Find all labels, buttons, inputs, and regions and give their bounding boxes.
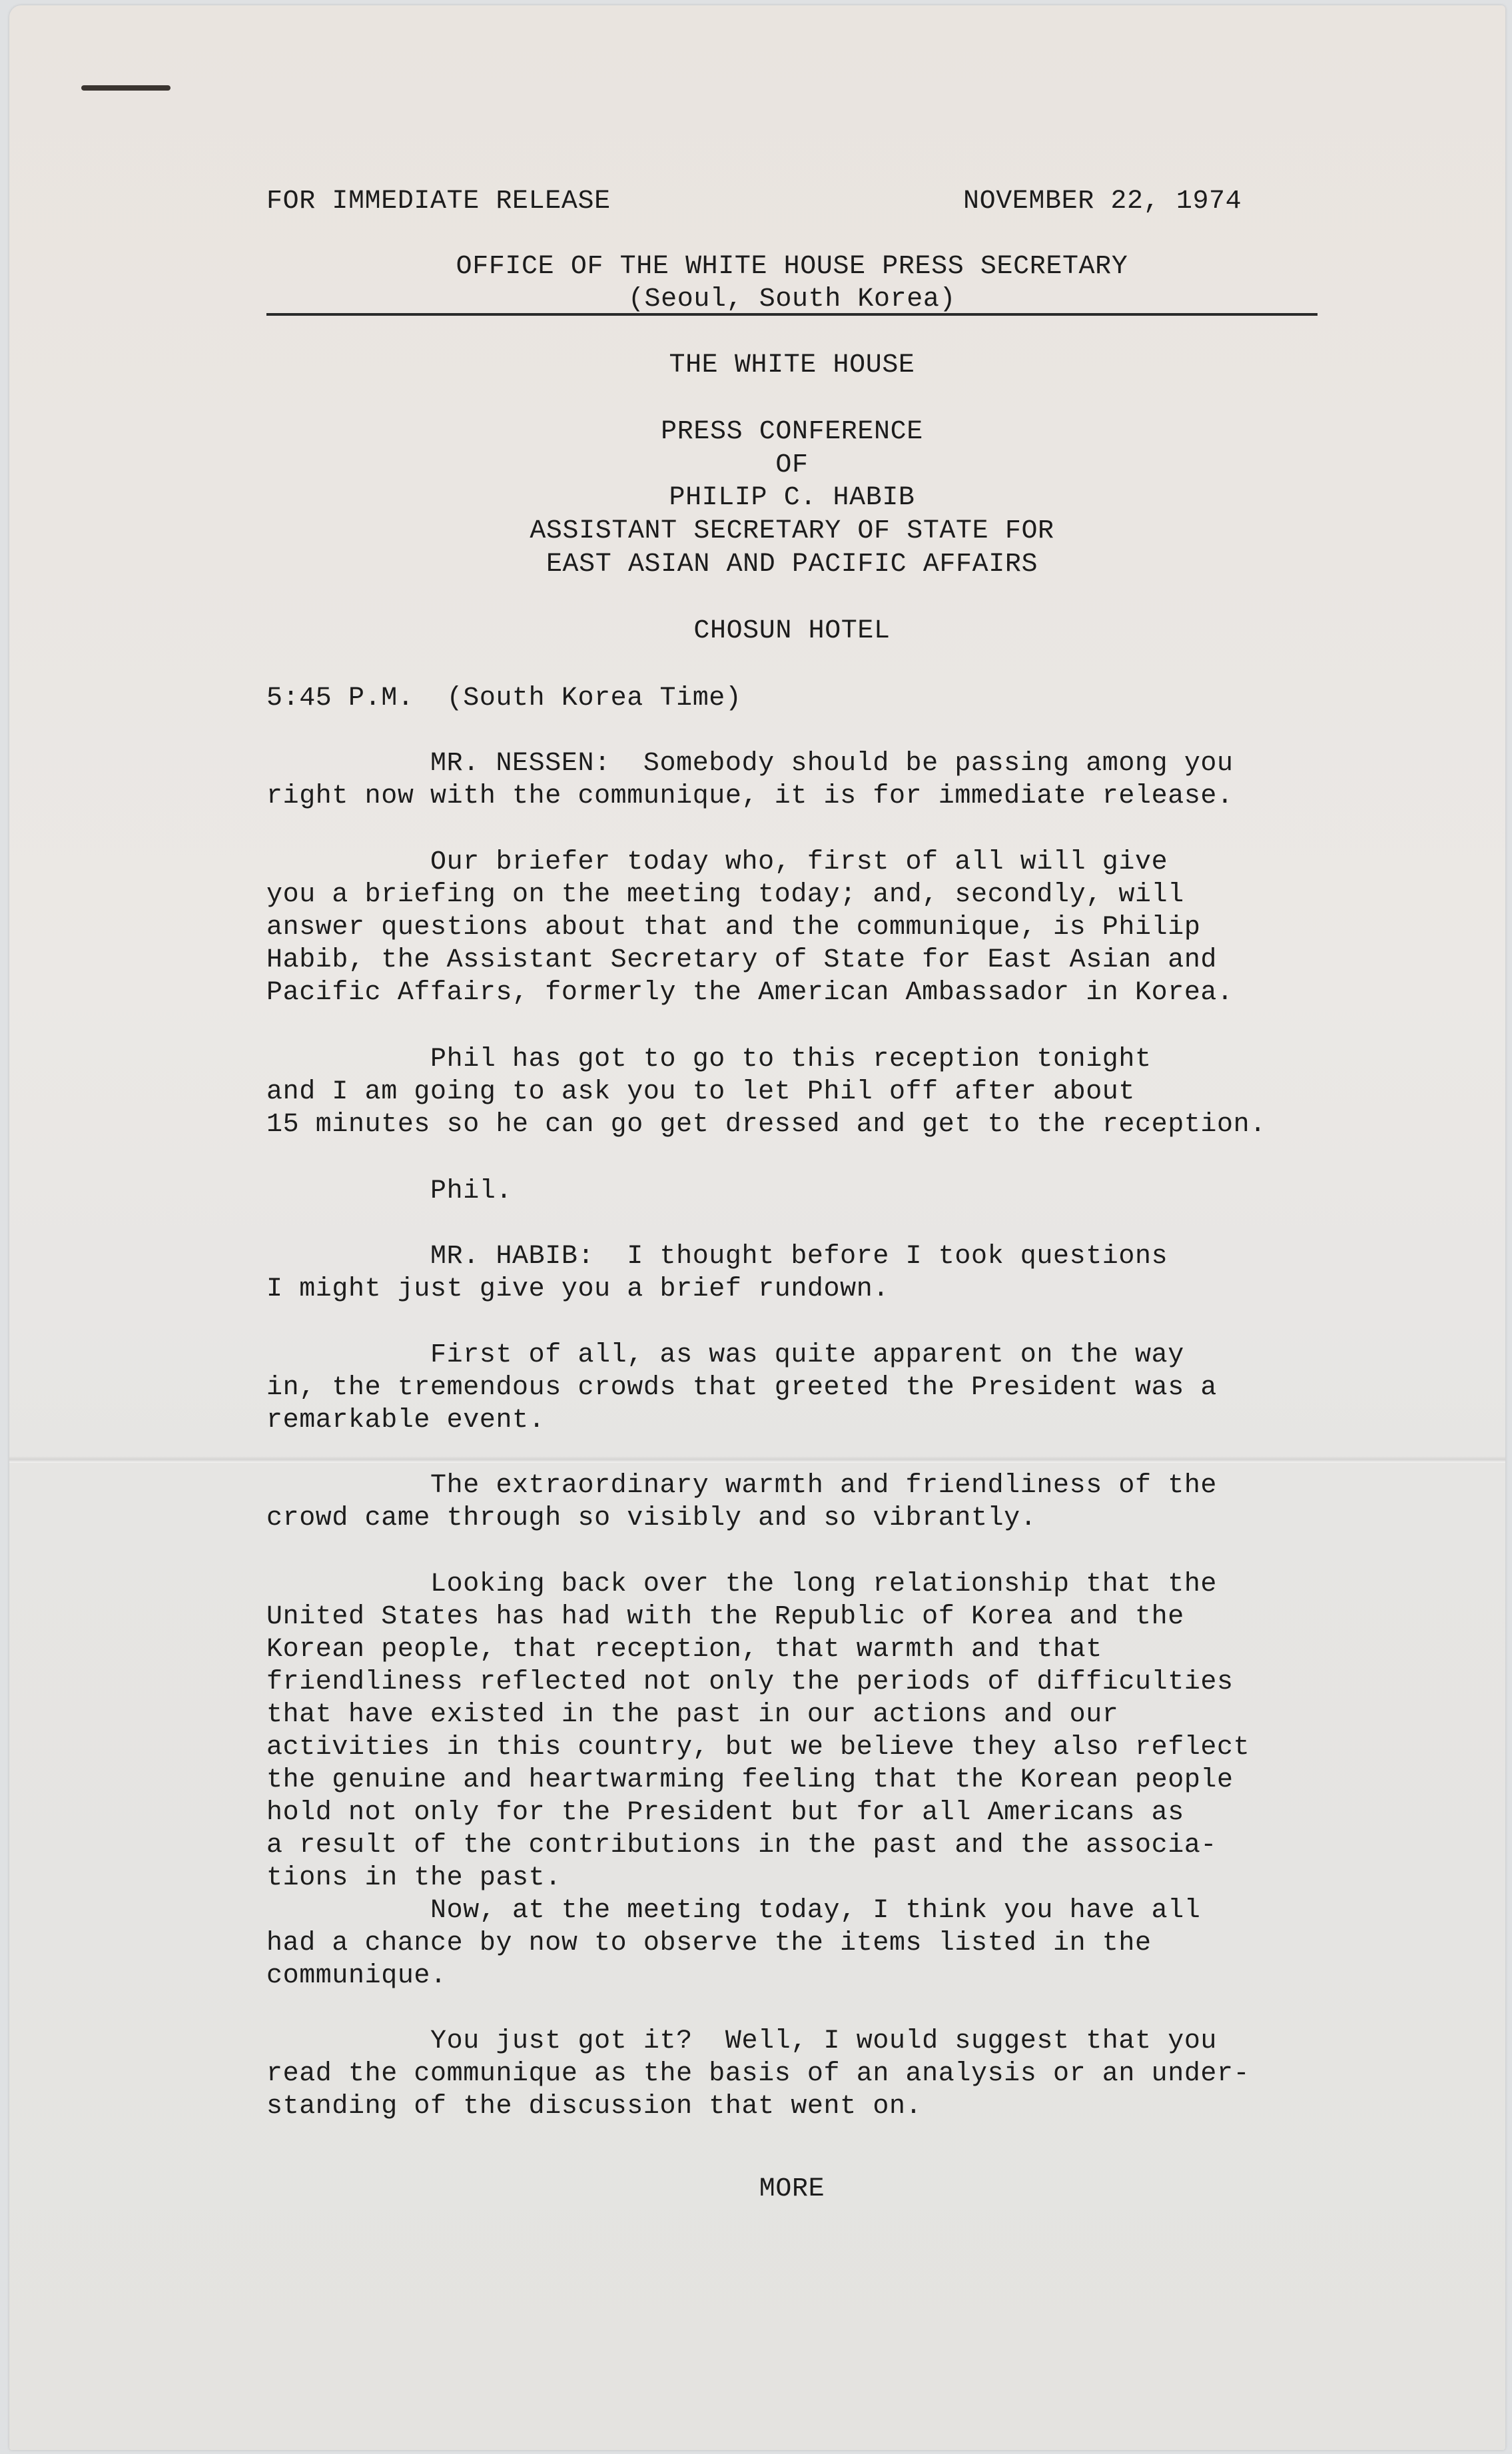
- paragraph-line: hold not only for the President but for …: [266, 1797, 1184, 1829]
- paragraph-line: the genuine and heartwarming feeling tha…: [266, 1764, 1234, 1797]
- paragraph-line: a result of the contributions in the pas…: [266, 1829, 1217, 1862]
- paragraph-line: First of all, as was quite apparent on t…: [266, 1339, 1184, 1372]
- venue: CHOSUN HOTEL: [266, 615, 1318, 647]
- staple-mark: [81, 85, 171, 91]
- office-title: OFFICE OF THE WHITE HOUSE PRESS SECRETAR…: [266, 250, 1318, 283]
- paragraph-line: Habib, the Assistant Secretary of State …: [266, 944, 1217, 977]
- paragraph-line: in, the tremendous crowds that greeted t…: [266, 1372, 1217, 1404]
- office-location: (Seoul, South Korea): [266, 283, 1318, 316]
- paragraph-line: you a briefing on the meeting today; and…: [266, 879, 1184, 911]
- paragraph-line: Now, at the meeting today, I think you h…: [266, 1894, 1200, 1927]
- paragraph-line: standing of the discussion that went on.: [266, 2090, 922, 2123]
- paragraph-line: and I am going to ask you to let Phil of…: [266, 1076, 1135, 1108]
- paragraph-line: Pacific Affairs, formerly the American A…: [266, 977, 1234, 1009]
- time-line: 5:45 P.M. (South Korea Time): [266, 682, 742, 715]
- release-date: NOVEMBER 22, 1974: [963, 185, 1242, 218]
- paragraph-line: I might just give you a brief rundown.: [266, 1273, 889, 1306]
- paragraph-line: right now with the communique, it is for…: [266, 780, 1234, 813]
- paragraph-line: tions in the past.: [266, 1862, 562, 1894]
- paragraph-line: Korean people, that reception, that warm…: [266, 1633, 1102, 1666]
- title-line-5: EAST ASIAN AND PACIFIC AFFAIRS: [266, 548, 1318, 581]
- title-line-3: PHILIP C. HABIB: [266, 482, 1318, 514]
- paragraph-line: The extraordinary warmth and friendlines…: [266, 1469, 1217, 1502]
- paragraph-line: You just got it? Well, I would suggest t…: [266, 2025, 1217, 2058]
- paragraph-line: that have existed in the past in our act…: [266, 1699, 1118, 1731]
- paragraph-line: had a chance by now to observe the items…: [266, 1927, 1152, 1960]
- title-line-4: ASSISTANT SECRETARY OF STATE FOR: [266, 515, 1318, 548]
- paragraph-line: Looking back over the long relationship …: [266, 1568, 1217, 1601]
- paragraph-line: Phil has got to go to this reception ton…: [266, 1043, 1152, 1076]
- paragraph-line: Phil.: [266, 1175, 512, 1208]
- paragraph-line: remarkable event.: [266, 1404, 545, 1437]
- paragraph-line: United States has had with the Republic …: [266, 1601, 1184, 1633]
- paragraph-line: read the communique as the basis of an a…: [266, 2058, 1250, 2090]
- paragraph-line: activities in this country, but we belie…: [266, 1731, 1250, 1764]
- header-rule: [266, 313, 1318, 316]
- paper-fold: [9, 1456, 1505, 1463]
- paragraph-line: friendliness reflected not only the peri…: [266, 1666, 1234, 1699]
- paragraph-line: MR. HABIB: I thought before I took quest…: [266, 1240, 1168, 1273]
- paragraph-line: Our briefer today who, first of all will…: [266, 846, 1168, 879]
- title-line-1: PRESS CONFERENCE: [266, 416, 1318, 448]
- paragraph-line: MR. NESSEN: Somebody should be passing a…: [266, 747, 1234, 780]
- release-label: FOR IMMEDIATE RELEASE: [266, 185, 611, 218]
- paragraph-line: crowd came through so visibly and so vib…: [266, 1502, 1036, 1535]
- title-line-2: OF: [266, 449, 1318, 482]
- paragraph-line: 15 minutes so he can go get dressed and …: [266, 1108, 1266, 1141]
- more-footer: MORE: [266, 2173, 1318, 2206]
- paragraph-line: answer questions about that and the comm…: [266, 911, 1200, 944]
- paragraph-line: communique.: [266, 1960, 447, 1992]
- org-name: THE WHITE HOUSE: [266, 349, 1318, 382]
